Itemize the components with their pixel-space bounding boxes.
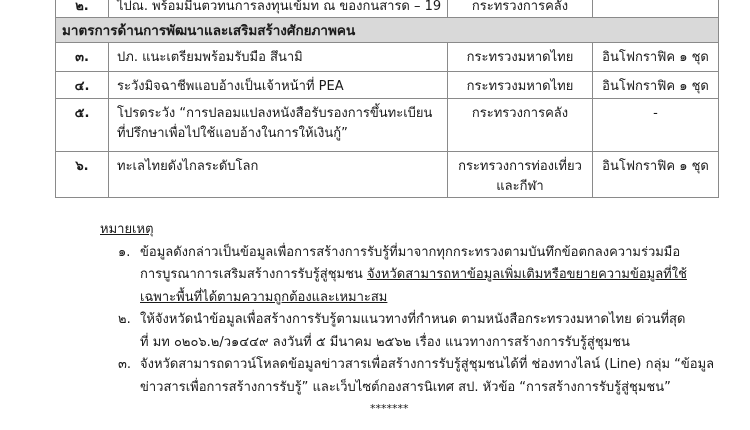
notes-title: หมายเหตุ	[100, 219, 720, 242]
notes-section: หมายเหตุ ๑. ข้อมูลดังกล่าวเป็นข้อมูลเพื่…	[100, 219, 720, 399]
row-ministry: กระทรวงมหาดไทย	[448, 72, 592, 97]
row-ministry-line: กระทรวงการท่องเที่ยว	[448, 157, 592, 177]
note-underlined-text: จังหวัดสามารถหาข้อมูลเพิ่มเติมหรือขยายคว…	[367, 267, 687, 282]
note-number: ๑.	[118, 242, 130, 265]
section-header: มาตรการด้านการพัฒนาและเสริมสร้างศักยภาพค…	[56, 18, 719, 43]
row-number: ๒.	[56, 0, 108, 16]
row-output: อินโฟกราฟิค ๑ ชุด	[593, 72, 718, 97]
row-ministry: กระทรวงมหาดไทย	[448, 43, 592, 68]
row-number: ๓.	[56, 43, 108, 68]
row-output: อินโฟกราฟิค ๑ ชุด	[593, 43, 718, 68]
note-item: ๑. ข้อมูลดังกล่าวเป็นข้อมูลเพื่อการสร้าง…	[100, 242, 720, 310]
row-ministry: กระทรวงการคลัง	[448, 99, 592, 124]
end-of-document-mark: *******	[370, 402, 409, 415]
row-number: ๔.	[56, 72, 108, 97]
note-number: ๓.	[118, 354, 131, 377]
note-line: การบูรณาการเสริมสร้างการรับรู้สู่ชุมชน	[140, 267, 367, 282]
section-header-row: มาตรการด้านการพัฒนาและเสริมสร้างศักยภาพค…	[56, 18, 719, 43]
note-line: ข้อมูลดังกล่าวเป็นข้อมูลเพื่อการสร้างการ…	[140, 242, 720, 265]
row-title-line: ที่ปรึกษาเพื่อไปใช้แอบอ้างในการให้เงินกู…	[117, 124, 447, 144]
row-title: ไปณ. พร้อมมีนตวทนการลงทุนเข้มท ณ ของกนสา…	[117, 0, 447, 16]
row-output: อินโฟกราฟิค ๑ ชุด	[593, 152, 718, 177]
table-row: ๓. ปภ. แนะเตรียมพร้อมรับมือ สึนามิ กระทร…	[56, 43, 719, 72]
table-row: ๔. ระวังมิจฉาชีพแอบอ้างเป็นเจ้าหน้าที่ P…	[56, 72, 719, 99]
row-ministry-line: และกีฬา	[448, 177, 592, 197]
row-title: ทะเลไทยดังไกลระดับโลก	[117, 152, 447, 177]
note-line: ให้จังหวัดนำข้อมูลเพื่อสร้างการรับรู้ตาม…	[140, 309, 720, 332]
note-line: จังหวัดสามารถดาวน์โหลดข้อมูลข่าวสารเพื่อ…	[140, 354, 720, 377]
table-row: ๒. ไปณ. พร้อมมีนตวทนการลงทุนเข้มท ณ ของก…	[56, 0, 719, 18]
table-row: ๖. ทะเลไทยดังไกลระดับโลก กระทรวงการท่องเ…	[56, 152, 719, 198]
row-title-line: โปรดระวัง “การปลอมแปลงหนังสือรับรองการขึ…	[117, 104, 447, 124]
row-ministry: กระทรวงการคลัง	[448, 0, 592, 16]
table-row: ๕. โปรดระวัง “การปลอมแปลงหนังสือรับรองกา…	[56, 99, 719, 152]
note-item: ๒. ให้จังหวัดนำข้อมูลเพื่อสร้างการรับรู้…	[100, 309, 720, 354]
note-line: ที่ มท ๐๒๐๖.๒/ว๑๔๔๙ ลงวันที่ ๕ มีนาคม ๒๕…	[140, 332, 720, 355]
row-number: ๖.	[56, 152, 108, 177]
note-line: ข่าวสารเพื่อการสร้างการรับรู้” และเว็บไซ…	[140, 377, 720, 400]
row-number: ๕.	[56, 99, 108, 124]
note-underlined-text: เฉพาะพื้นที่ได้ตามความถูกต้องและเหมาะสม	[140, 287, 720, 310]
row-output: -	[593, 99, 718, 124]
measures-table: ๒. ไปณ. พร้อมมีนตวทนการลงทุนเข้มท ณ ของก…	[55, 0, 719, 198]
note-item: ๓. จังหวัดสามารถดาวน์โหลดข้อมูลข่าวสารเพ…	[100, 354, 720, 399]
row-title: ปภ. แนะเตรียมพร้อมรับมือ สึนามิ	[117, 43, 447, 68]
row-title: ระวังมิจฉาชีพแอบอ้างเป็นเจ้าหน้าที่ PEA	[117, 72, 447, 97]
note-number: ๒.	[118, 309, 131, 332]
